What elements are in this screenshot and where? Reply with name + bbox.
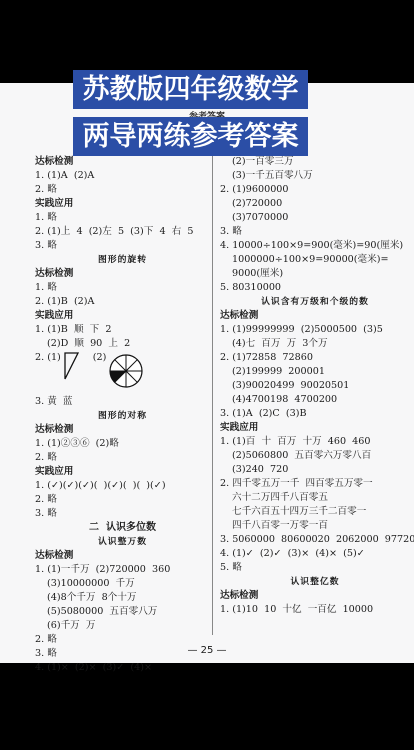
subsection-title: 图形的对称 (35, 409, 210, 423)
subsection-title: 认识整万数 (35, 535, 210, 549)
section-heading: 达标检测 (35, 549, 210, 563)
chapter-title: 二 认识多位数 (35, 521, 210, 535)
answer-line: (2)一百零三万 (220, 155, 410, 169)
section-heading: 实践应用 (35, 309, 210, 323)
answer-line: (3)7070000 (220, 211, 410, 225)
answer-line: 2. (1)B (2)A (35, 295, 210, 309)
answer-line: (2)D 顺 90 上 2 (35, 337, 210, 351)
section-heading: 实践应用 (35, 197, 210, 211)
section-heading: 达标检测 (220, 589, 410, 603)
subsection-title: 图形的旋转 (35, 253, 210, 267)
answer-line: 1. (✓)(✓)(✓)( )(✓)( )( )(✓) (35, 479, 210, 493)
section-heading: 达标检测 (220, 309, 410, 323)
answer-line: 1. (1)99999999 (2)5000500 (3)5 (220, 323, 410, 337)
answer-line: 1. (1)10 10 十亿 一百亿 10000 (220, 603, 410, 617)
answer-line: 5. 80310000 (220, 281, 410, 295)
answer-line: 1. 略 (35, 281, 210, 295)
answer-line: 3. (1)A (2)C (3)B (220, 407, 410, 421)
answer-line: 1. (1)B 顺 下 2 (35, 323, 210, 337)
title-banner-line2: 两导两练参考答案 (73, 117, 308, 156)
answer-line: (3)240 720 (220, 463, 410, 477)
section-heading: 达标检测 (35, 155, 210, 169)
answer-line: (4)七 百万 万 3个万 (220, 337, 410, 351)
subsection-title: 认识含有万级和个级的数 (220, 295, 410, 309)
answer-line: 2. 略 (35, 493, 210, 507)
section-heading: 实践应用 (220, 421, 410, 435)
answer-line: (2)720000 (220, 197, 410, 211)
answer-line: (6)千万 万 (35, 619, 210, 633)
answer-line: (2)199999 200001 (220, 365, 410, 379)
answer-line: 2. (1)72858 72860 (220, 351, 410, 365)
answer-line: 1. 略 (35, 211, 210, 225)
answer-line: 1. (1)一千万 (2)720000 360 (35, 563, 210, 577)
answer-line: 3. 略 (220, 225, 410, 239)
title-banner-line1: 苏教版四年级数学 (73, 70, 308, 109)
answer-line: 2. (1)9600000 (220, 183, 410, 197)
answer-line: (2)5060800 五百零六万零八百 (220, 449, 410, 463)
answer-line: 1. (1)百 十 百万 十万 460 460 (220, 435, 410, 449)
answer-line: (5)5080000 五百零八万 (35, 605, 210, 619)
answer-line: 4. (1)✓ (2)✓ (3)× (4)× (5)✓ (220, 547, 410, 561)
page-number: — 25 — (0, 645, 414, 656)
answer-line: 3. 5060000 80600020 2062000 97720320 (220, 533, 410, 547)
answer-line: 3. 黄 蓝 (35, 395, 210, 409)
section-heading: 达标检测 (35, 267, 210, 281)
answer-line: 3. 略 (35, 507, 210, 521)
answer-line: 2. 略 (35, 183, 210, 197)
answer-label: (2) (93, 351, 107, 365)
section-heading: 达标检测 (35, 423, 210, 437)
figure-answer-row: 2. (1) (2) (35, 351, 210, 395)
answer-line: (3)一千五百零八万 (220, 169, 410, 183)
answer-line: 四千八百零一万零一百 (220, 519, 410, 533)
answer-line: 2. 四千零五万一千 四百零五万零一 (220, 477, 410, 491)
answer-line: 5. 略 (220, 561, 410, 575)
answer-line: (4)4700198 4700200 (220, 393, 410, 407)
column-divider (212, 155, 213, 635)
subsection-title: 认识整亿数 (220, 575, 410, 589)
answer-line: 1. (1)②③⑥ (2)略 (35, 437, 210, 451)
answer-label: 2. (1) (35, 351, 61, 365)
left-column: 达标检测 1. (1)A (2)A 2. 略 实践应用 1. 略 2. (1)上… (35, 155, 210, 675)
answer-line: 4. (1)× (2)× (3)✓ (4)× (35, 661, 210, 675)
answer-line: 七千六百五十四万三千二百零一 (220, 505, 410, 519)
right-column: (2)一百零三万 (3)一千五百零八万 2. (1)9600000 (2)720… (220, 155, 410, 617)
answer-line: 4. 10000÷100×9=900(毫米)=90(厘米) (220, 239, 410, 253)
answer-line: 9000(厘米) (220, 267, 410, 281)
answer-line: (3)10000000 千万 (35, 577, 210, 591)
answer-line: 2. 略 (35, 451, 210, 465)
answer-line: 3. 略 (35, 239, 210, 253)
section-heading: 实践应用 (35, 465, 210, 479)
sector-circle-figure-icon (108, 353, 144, 389)
answer-line: (3)90020499 90020501 (220, 379, 410, 393)
answer-line: 1000000÷100×9=90000(毫米)= (220, 253, 410, 267)
answer-line: 2. (1)上 4 (2)左 5 (3)下 4 右 5 (35, 225, 210, 239)
answer-line: (4)8个千万 8个十万 (35, 591, 210, 605)
triangle-figure-icon (63, 351, 79, 381)
answer-line: 六十二万四千八百零五 (220, 491, 410, 505)
answer-line: 1. (1)A (2)A (35, 169, 210, 183)
